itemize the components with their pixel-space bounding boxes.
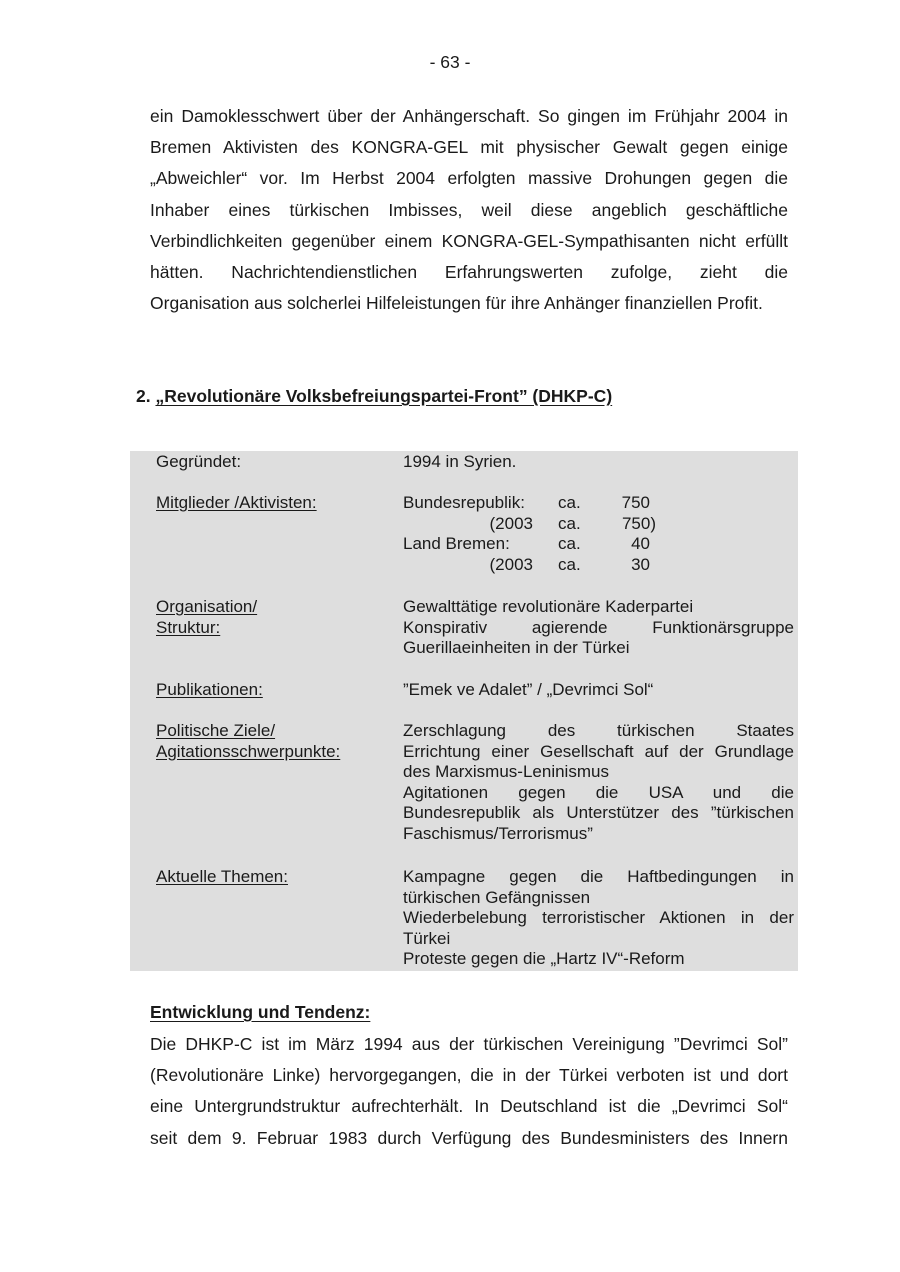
paragraph-line: Organisation aus solcherlei Hilfeleistun… bbox=[150, 288, 788, 319]
profile-value: 1994 in Syrien. bbox=[403, 452, 794, 473]
goals-label: Politische Ziele/ bbox=[156, 721, 275, 740]
publications-label: Publikationen: bbox=[156, 680, 263, 699]
organisation-label: Struktur: bbox=[156, 618, 220, 637]
goals-line: Zerschlagung des türkischen Staates bbox=[403, 721, 794, 742]
profile-label: Aktuelle Themen: bbox=[156, 867, 396, 888]
organisation-label: Organisation/ bbox=[156, 597, 257, 616]
profile-value: Zerschlagung des türkischen Staates Erri… bbox=[403, 721, 794, 845]
organisation-line: Konspirativ agierende Funktionärsgruppe bbox=[403, 618, 794, 639]
members-approx: ca. bbox=[558, 555, 610, 576]
members-count: 30 bbox=[610, 555, 650, 576]
profile-value: Gewalttätige revolutionäre Kaderpartei K… bbox=[403, 597, 794, 659]
members-count: 40 bbox=[610, 534, 650, 555]
intro-paragraph: ein Damoklesschwert über der Anhängersch… bbox=[150, 101, 788, 319]
paragraph-line: eine Untergrundstruktur aufrechterhält. … bbox=[150, 1091, 788, 1122]
paragraph-line: hätten. Nachrichtendienstlichen Erfahrun… bbox=[150, 257, 788, 288]
section-number: 2. bbox=[136, 386, 151, 406]
profile-label: Mitglieder /Aktivisten: bbox=[156, 493, 396, 514]
paragraph-line: „Abweichler“ vor. Im Herbst 2004 erfolgt… bbox=[150, 163, 788, 194]
profile-label: Organisation/ Struktur: bbox=[156, 597, 396, 638]
members-region: (2003 bbox=[403, 514, 558, 535]
paragraph-line: Inhaber eines türkischen Imbisses, weil … bbox=[150, 195, 788, 226]
paragraph-line: Die DHKP-C ist im März 1994 aus der türk… bbox=[150, 1029, 788, 1060]
organization-profile-box: Gegründet: 1994 in Syrien. Mitglieder /A… bbox=[130, 451, 798, 971]
goals-line: Bundesrepublik als Unterstützer des ”tür… bbox=[403, 803, 794, 824]
profile-value: ”Emek ve Adalet” / „Devrimci Sol“ bbox=[403, 680, 794, 701]
members-approx: ca. bbox=[558, 534, 610, 555]
topics-line: Proteste gegen die „Hartz IV“-Reform bbox=[403, 949, 794, 970]
topics-line: Türkei bbox=[403, 929, 794, 950]
section-title: „Revolutionäre Volksbefreiungspartei-Fro… bbox=[155, 386, 612, 406]
topics-line: Wiederbelebung terroristischer Aktionen … bbox=[403, 908, 794, 929]
profile-label: Politische Ziele/ Agitationsschwerpunkte… bbox=[156, 721, 396, 762]
members-table: Bundesrepublik: ca. 750 (2003 ca. 750) L… bbox=[403, 493, 794, 575]
profile-label: Gegründet: bbox=[156, 452, 396, 473]
page-number: - 63 - bbox=[0, 52, 900, 73]
goals-line: des Marxismus-Leninismus bbox=[403, 762, 794, 783]
founded-label: Gegründet: bbox=[156, 452, 241, 471]
members-region: (2003 bbox=[403, 555, 558, 576]
founded-value: 1994 in Syrien. bbox=[403, 452, 794, 473]
publications-value: ”Emek ve Adalet” / „Devrimci Sol“ bbox=[403, 680, 794, 701]
development-heading: Entwicklung und Tendenz: bbox=[150, 1002, 370, 1023]
members-count: 750) bbox=[610, 514, 656, 535]
development-paragraph: Die DHKP-C ist im März 1994 aus der türk… bbox=[150, 1029, 788, 1154]
members-region: Bundesrepublik: bbox=[403, 493, 558, 514]
section-heading: 2. „Revolutionäre Volksbefreiungspartei-… bbox=[136, 386, 612, 407]
topics-line: türkischen Gefängnissen bbox=[403, 888, 794, 909]
members-approx: ca. bbox=[558, 514, 610, 535]
goals-label: Agitationsschwerpunkte: bbox=[156, 742, 340, 761]
goals-line: Faschismus/Terrorismus” bbox=[403, 824, 794, 845]
goals-line: Errichtung einer Gesellschaft auf der Gr… bbox=[403, 742, 794, 763]
organisation-line: Guerillaeinheiten in der Türkei bbox=[403, 638, 794, 659]
paragraph-line: seit dem 9. Februar 1983 durch Verfügung… bbox=[150, 1123, 788, 1154]
paragraph-line: (Revolutionäre Linke) hervorgegangen, di… bbox=[150, 1060, 788, 1091]
organisation-line: Gewalttätige revolutionäre Kaderpartei bbox=[403, 597, 794, 618]
members-label: Mitglieder /Aktivisten: bbox=[156, 493, 317, 512]
members-region: Land Bremen: bbox=[403, 534, 558, 555]
members-count: 750 bbox=[610, 493, 650, 514]
paragraph-line: Bremen Aktivisten des KONGRA-GEL mit phy… bbox=[150, 132, 788, 163]
profile-label: Publikationen: bbox=[156, 680, 396, 701]
members-approx: ca. bbox=[558, 493, 610, 514]
profile-value: Kampagne gegen die Haftbedingungen in tü… bbox=[403, 867, 794, 970]
topics-label: Aktuelle Themen: bbox=[156, 867, 288, 886]
topics-line: Kampagne gegen die Haftbedingungen in bbox=[403, 867, 794, 888]
paragraph-line: Verbindlichkeiten gegenüber einem KONGRA… bbox=[150, 226, 788, 257]
goals-line: Agitationen gegen die USA und die bbox=[403, 783, 794, 804]
paragraph-line: ein Damoklesschwert über der Anhängersch… bbox=[150, 101, 788, 132]
